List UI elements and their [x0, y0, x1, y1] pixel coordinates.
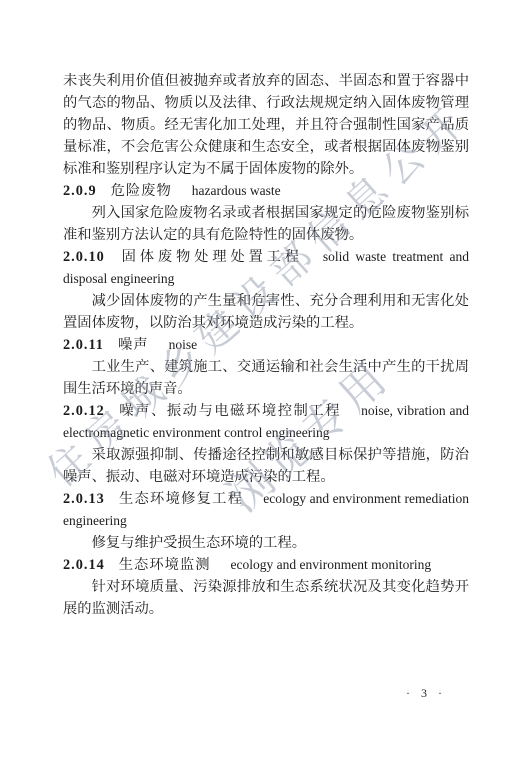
term-heading: 2.0.12噪声、振动与电磁环境控制工程noise, vibration and… — [63, 400, 469, 444]
term-number: 2.0.12 — [63, 403, 105, 419]
term-entry-2-0-10: 2.0.10固体废物处理处置工程solid waste treatment an… — [63, 246, 469, 334]
term-number: 2.0.11 — [63, 337, 104, 353]
continuation-paragraph: 未丧失利用价值但被抛弃或者放弃的固态、半固态和置于容器中的气态的物品、物质以及法… — [63, 70, 469, 180]
term-number: 2.0.13 — [63, 491, 105, 507]
term-entry-2-0-11: 2.0.11噪声noise 工业生产、建筑施工、交通运输和社会生活中产生的干扰周… — [63, 334, 469, 400]
term-heading: 2.0.11噪声noise — [63, 334, 469, 356]
term-definition: 工业生产、建筑施工、交通运输和社会生活中产生的干扰周围生活环境的声音。 — [63, 356, 469, 400]
term-definition: 修复与维护受损生态环境的工程。 — [63, 532, 469, 554]
page-number: · 3 · — [406, 686, 446, 701]
term-entry-2-0-13: 2.0.13生态环境修复工程ecology and environment re… — [63, 488, 469, 554]
term-heading: 2.0.10固体废物处理处置工程solid waste treatment an… — [63, 246, 469, 290]
term-definition: 减少固体废物的产生量和危害性、充分合理利用和无害化处置固体废物，以防治其对环境造… — [63, 290, 469, 334]
term-number: 2.0.9 — [63, 183, 97, 199]
term-name-en: hazardous waste — [192, 183, 281, 198]
term-entry-2-0-12: 2.0.12噪声、振动与电磁环境控制工程noise, vibration and… — [63, 400, 469, 488]
term-name-en: ecology and environment monitoring — [231, 557, 432, 572]
term-heading: 2.0.13生态环境修复工程ecology and environment re… — [63, 488, 469, 532]
term-name-zh: 生态环境修复工程 — [119, 491, 243, 507]
term-heading: 2.0.9危险废物hazardous waste — [63, 180, 469, 202]
term-name-zh: 危险废物 — [111, 183, 172, 199]
document-page: 住房城乡建设部信息公开 浏览专用 未丧失利用价值但被抛弃或者放弃的固态、半固态和… — [0, 0, 529, 768]
term-name-zh: 生态环境监测 — [119, 557, 211, 573]
term-definition: 列入国家危险废物名录或者根据国家规定的危险废物鉴别标准和鉴别方法认定的具有危险特… — [63, 202, 469, 246]
text-block: 未丧失利用价值但被抛弃或者放弃的固态、半固态和置于容器中的气态的物品、物质以及法… — [63, 70, 469, 620]
term-number: 2.0.10 — [63, 249, 105, 265]
term-heading: 2.0.14生态环境监测ecology and environment moni… — [63, 554, 469, 576]
term-name-en: noise — [169, 337, 198, 352]
term-name-zh: 噪声 — [118, 337, 149, 353]
term-entry-2-0-9: 2.0.9危险废物hazardous waste 列入国家危险废物名录或者根据国… — [63, 180, 469, 246]
term-name-zh: 固体废物处理处置工程 — [119, 249, 303, 265]
term-definition: 针对环境质量、污染源排放和生态系统状况及其变化趋势开展的监测活动。 — [63, 576, 469, 620]
term-name-zh: 噪声、振动与电磁环境控制工程 — [119, 403, 341, 419]
term-number: 2.0.14 — [63, 557, 105, 573]
term-entry-2-0-14: 2.0.14生态环境监测ecology and environment moni… — [63, 554, 469, 620]
term-definition: 采取源强抑制、传播途径控制和敏感目标保护等措施，防治噪声、振动、电磁对环境造成污… — [63, 444, 469, 488]
